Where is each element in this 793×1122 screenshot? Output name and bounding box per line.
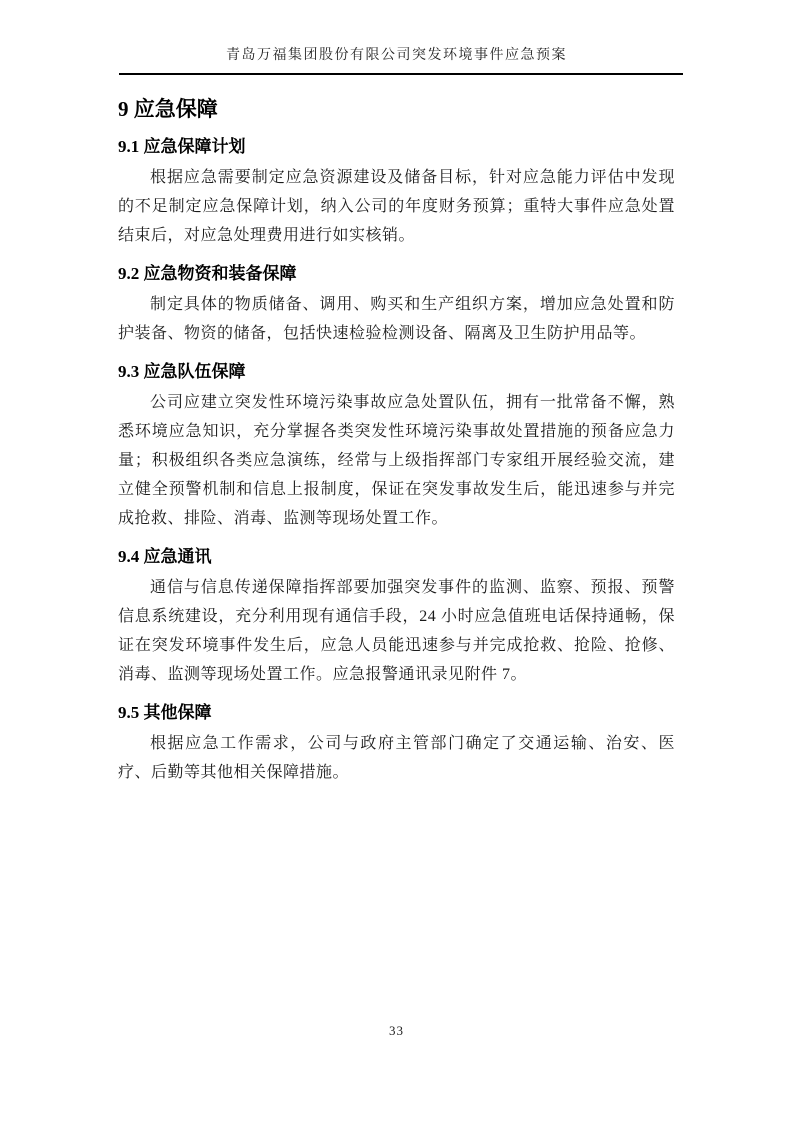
section-9-1: 9.1 应急保障计划 根据应急需要制定应急资源建设及储备目标，针对应急能力评估中…	[118, 135, 675, 250]
section-paragraph: 根据应急工作需求，公司与政府主管部门确定了交通运输、治安、医疗、后勤等其他相关保…	[118, 729, 675, 787]
section-heading-9-2: 9.2 应急物资和装备保障	[118, 262, 675, 286]
page-header-title: 青岛万福集团股份有限公司突发环境事件应急预案	[0, 46, 793, 66]
section-heading-9-1: 9.1 应急保障计划	[118, 135, 675, 159]
section-heading-9-5: 9.5 其他保障	[118, 701, 675, 725]
section-paragraph: 公司应建立突发性环境污染事故应急处置队伍，拥有一批常备不懈，熟悉环境应急知识，充…	[118, 388, 675, 533]
document-body: 9 应急保障 9.1 应急保障计划 根据应急需要制定应急资源建设及储备目标，针对…	[118, 95, 675, 787]
page-number: 33	[389, 1023, 404, 1038]
page-header: 青岛万福集团股份有限公司突发环境事件应急预案	[0, 0, 793, 75]
document-page: 青岛万福集团股份有限公司突发环境事件应急预案 9 应急保障 9.1 应急保障计划…	[0, 0, 793, 1122]
section-9-3: 9.3 应急队伍保障 公司应建立突发性环境污染事故应急处置队伍，拥有一批常备不懈…	[118, 360, 675, 533]
section-paragraph: 制定具体的物质储备、调用、购买和生产组织方案，增加应急处置和防护装备、物资的储备…	[118, 290, 675, 348]
section-paragraph: 根据应急需要制定应急资源建设及储备目标，针对应急能力评估中发现的不足制定应急保障…	[118, 163, 675, 250]
chapter-heading: 9 应急保障	[118, 95, 675, 123]
section-paragraph: 通信与信息传递保障指挥部要加强突发事件的监测、监察、预报、预警信息系统建设，充分…	[118, 573, 675, 689]
section-heading-9-4: 9.4 应急通讯	[118, 545, 675, 569]
page-footer: 33	[0, 1022, 793, 1040]
section-9-5: 9.5 其他保障 根据应急工作需求，公司与政府主管部门确定了交通运输、治安、医疗…	[118, 701, 675, 787]
header-divider	[119, 73, 683, 75]
section-9-2: 9.2 应急物资和装备保障 制定具体的物质储备、调用、购买和生产组织方案，增加应…	[118, 262, 675, 348]
section-9-4: 9.4 应急通讯 通信与信息传递保障指挥部要加强突发事件的监测、监察、预报、预警…	[118, 545, 675, 689]
section-heading-9-3: 9.3 应急队伍保障	[118, 360, 675, 384]
